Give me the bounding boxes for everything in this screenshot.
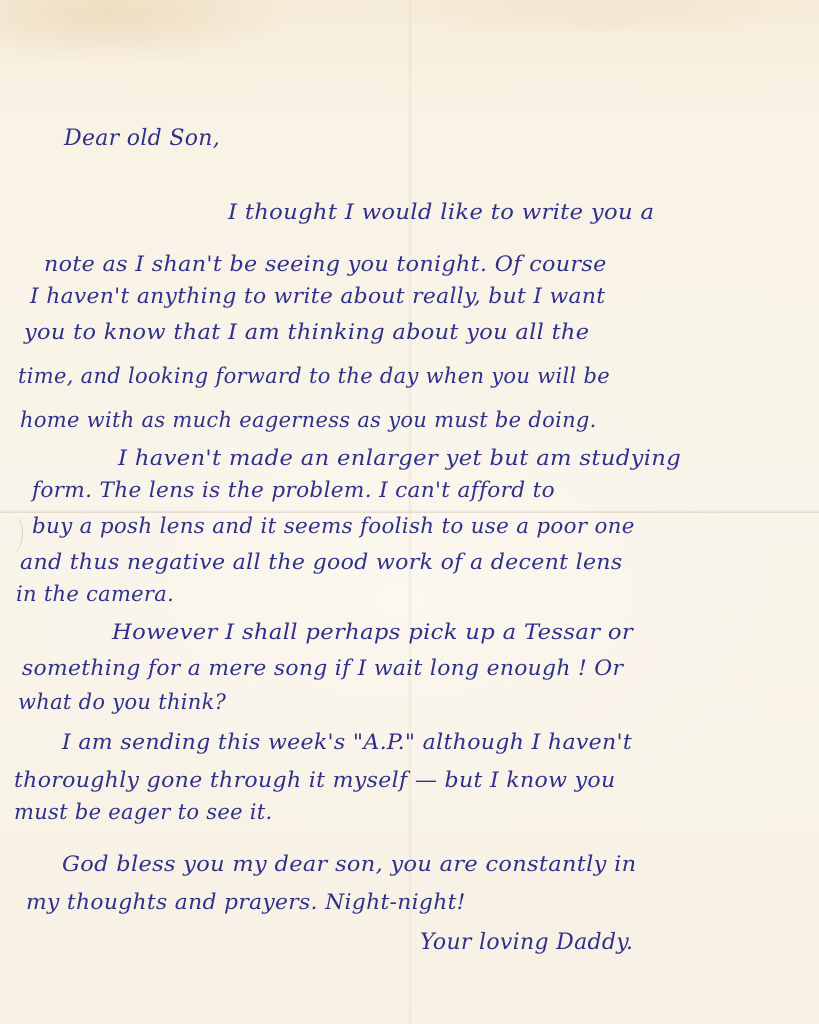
letter-line: form. The lens is the problem. I can't a… bbox=[32, 478, 555, 502]
letter-line: I haven't made an enlarger yet but am st… bbox=[118, 446, 681, 470]
letter-line: buy a posh lens and it seems foolish to … bbox=[32, 514, 635, 538]
letter-line: time, and looking forward to the day whe… bbox=[18, 364, 610, 388]
letter-page: Dear old Son, I thought I would like to … bbox=[0, 0, 819, 1024]
letter-line: must be eager to see it. bbox=[14, 800, 273, 824]
handwritten-letter: Dear old Son, I thought I would like to … bbox=[0, 0, 819, 1024]
letter-line: However I shall perhaps pick up a Tessar… bbox=[112, 620, 633, 644]
letter-line: in the camera. bbox=[16, 582, 174, 606]
letter-line: I thought I would like to write you a bbox=[228, 200, 654, 224]
letter-line: home with as much eagerness as you must … bbox=[20, 408, 597, 432]
letter-line: I haven't anything to write about really… bbox=[30, 284, 605, 308]
letter-line: God bless you my dear son, you are const… bbox=[62, 852, 636, 876]
letter-line: what do you think? bbox=[18, 690, 226, 714]
letter-line: something for a mere song if I wait long… bbox=[22, 656, 623, 680]
letter-line: thoroughly gone through it myself — but … bbox=[14, 768, 615, 792]
salutation: Dear old Son, bbox=[64, 126, 220, 151]
letter-line: my thoughts and prayers. Night-night! bbox=[26, 890, 466, 914]
letter-line: note as I shan't be seeing you tonight. … bbox=[44, 252, 607, 276]
closing-signature: Your loving Daddy. bbox=[420, 930, 633, 955]
letter-line: and thus negative all the good work of a… bbox=[20, 550, 622, 574]
letter-line: I am sending this week's "A.P." although… bbox=[62, 730, 632, 754]
letter-line: you to know that I am thinking about you… bbox=[24, 320, 589, 344]
